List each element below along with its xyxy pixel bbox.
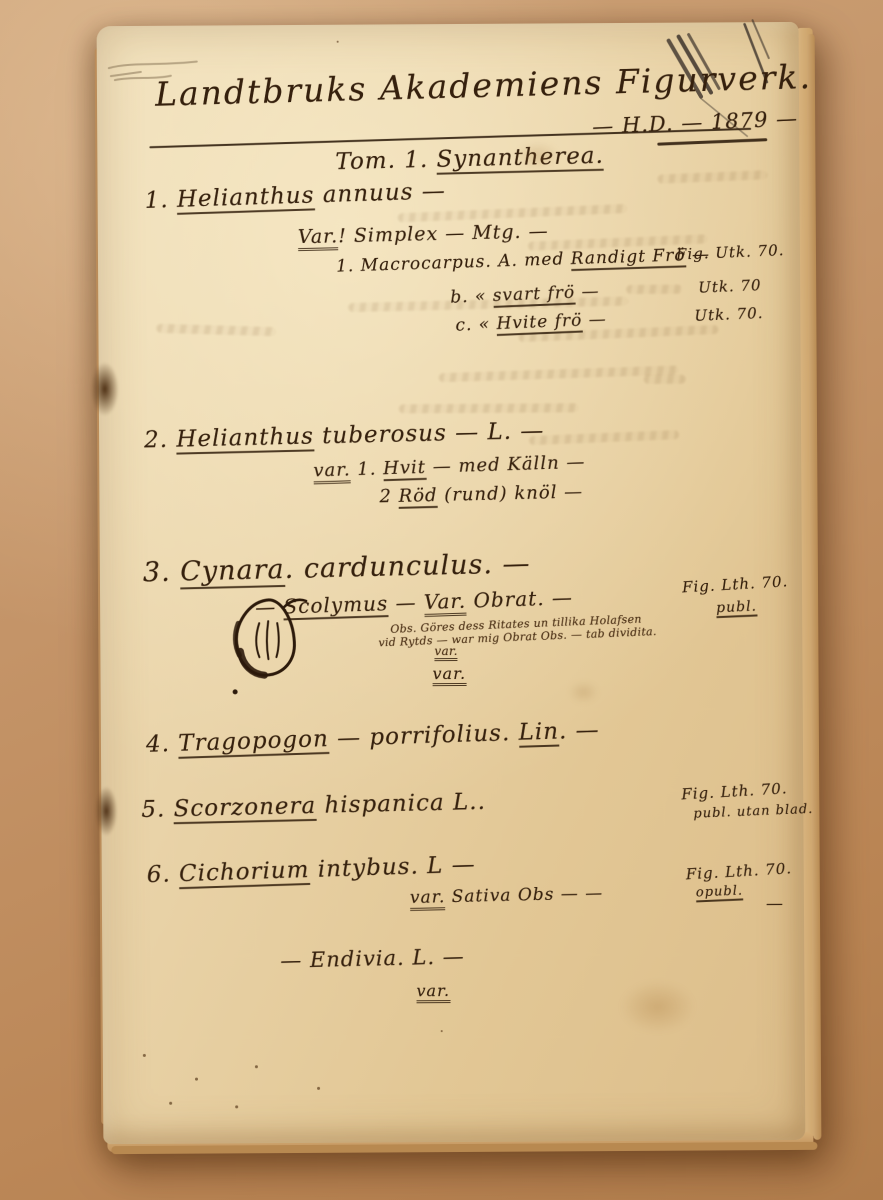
ink-blot-left-edge — [91, 362, 119, 416]
foxing-speck — [317, 1087, 320, 1090]
entry-1c-figure-note: Utk. 70. — [694, 304, 764, 325]
genus-name: Cynara — [180, 554, 285, 589]
seed-color-term: Randigt Frö — [570, 245, 686, 271]
var-text: ! Simplex — Mtg. — — [338, 220, 549, 247]
subentry-text: 1. Macrocarpus. A. med — [336, 249, 571, 277]
seed-color-term: svart frö — [492, 283, 575, 308]
bleed-through-line — [626, 285, 682, 294]
entry-6-publication-note: opubl. — [696, 883, 744, 900]
paper-stain — [569, 681, 599, 703]
foxing-speck — [169, 1102, 172, 1105]
ink-blot-left-edge — [95, 786, 117, 836]
var-label: var. — [432, 664, 466, 686]
figure-note: Fig. Lth. 70. — [681, 779, 788, 803]
publication-status: opubl. — [696, 883, 744, 902]
var-text: (rund) knöl — — [437, 481, 583, 505]
foxing-speck — [195, 1078, 198, 1081]
var-text: Sativa Obs — — — [445, 883, 603, 907]
entry-number: 2. — [144, 427, 177, 454]
foxing-speck — [255, 1065, 258, 1068]
entry-4-heading: 4. Tragopogon — porrifolius. Lin. — — [146, 717, 600, 758]
text: — — [388, 590, 424, 615]
entry-1-variety-line: Var.! Simplex — Mtg. — — [298, 220, 549, 248]
species-name: tuberosus — L. — — [314, 418, 545, 449]
ink-dot — [233, 689, 238, 694]
entry-5-publication-note: publ. utan blad. — [693, 802, 813, 822]
entry-3-figure-note: Fig. Lth. 70. — [682, 572, 789, 596]
bleed-through-line — [529, 430, 679, 445]
species-name: intybus. L — — [309, 852, 476, 883]
family-line: Tom. 1. Synantherea. — [335, 143, 604, 175]
publication-status: publ. utan blad. — [693, 802, 813, 822]
entry-1a-line: 1. Macrocarpus. A. med Randigt Frö — — [336, 245, 710, 277]
entry-2-variety-1-line: var. 1. Hvit — med Källn — — [313, 452, 586, 482]
var-label: var. — [416, 981, 450, 1003]
subentry-text: — — [582, 309, 607, 330]
figure-note: Fig. Lth. 70. — [682, 572, 789, 596]
entry-6-variety-line: var. Sativa Obs — — — [410, 883, 604, 908]
seed-color-term: Hvite frö — [496, 310, 583, 336]
figure-note: Fig. Lth. 70. — [685, 859, 792, 883]
entry-3-publication-note: publ. — [716, 598, 757, 616]
var-text: 1. — [350, 458, 383, 480]
endivia-text: — Endivia. L. — — [280, 944, 465, 972]
var-label: var. — [313, 459, 351, 484]
genus-name: Helianthus — [176, 423, 314, 454]
entry-2-heading: 2. Helianthus tuberosus — L. — — [144, 418, 545, 453]
species-name: . cardunculus. — — [284, 548, 531, 585]
endivia-line: — Endivia. L. — — [280, 944, 465, 972]
dash: — — [766, 894, 784, 914]
subentry-text: b. « — [450, 286, 493, 308]
entry-6-far-dash: — — [766, 894, 784, 914]
entry-number: 1. — [144, 187, 177, 214]
bleed-through-line — [657, 170, 767, 184]
figure-note: Utk. 70 — [698, 276, 762, 297]
subentry-text: c. « — [455, 314, 497, 336]
entry-5-figure-note: Fig. Lth. 70. — [681, 779, 788, 803]
genus-name: Cichorium — [179, 857, 310, 889]
bleed-through-line — [644, 375, 686, 384]
var-label: var. — [434, 644, 457, 661]
var-label: Var. — [424, 589, 467, 617]
foxing-speck — [143, 1054, 146, 1057]
var-text: 2 — [379, 486, 399, 507]
publication-status: publ. — [716, 598, 758, 618]
bleed-through-line — [399, 403, 579, 413]
text: Obrat. — — [466, 585, 574, 612]
paper-stain — [515, 141, 559, 169]
entry-2-variety-2-line: 2 Röd (rund) knöl — — [379, 481, 583, 507]
foxing-speck — [441, 1030, 443, 1032]
genus-name: Scorzonera — [173, 793, 316, 824]
authority-name: Lin — [518, 719, 559, 748]
paper-stain — [620, 981, 694, 1033]
figure-note: Utk. 70. — [694, 304, 764, 325]
family-prefix: Tom. 1. — [335, 147, 437, 175]
page-sheet: Landtbruks Akademiens Figurverk. — H.D. … — [97, 22, 806, 1144]
genus-name: Tragopogon — [178, 726, 329, 759]
entry-3-var-below: var. — [432, 664, 466, 683]
manuscript-booklet: Landtbruks Akademiens Figurverk. — H.D. … — [97, 20, 822, 1154]
entry-number: 3. — [143, 556, 181, 588]
var-label: Var. — [298, 225, 339, 251]
entry-number: 4. — [146, 731, 179, 758]
entry-1-heading: 1. Helianthus annuus — — [144, 178, 446, 214]
artichoke-sketch — [228, 593, 309, 685]
entry-6-heading: 6. Cichorium intybus. L — — [146, 852, 476, 889]
figure-note: Fig. Utk. 70. — [676, 241, 785, 263]
entry-1b-figure-note: Utk. 70 — [698, 276, 762, 297]
subentry-text: — — [575, 282, 600, 303]
bleed-through-line — [156, 324, 276, 336]
tuber-color-term: Hvit — [383, 457, 427, 481]
entry-5-heading: 5. Scorzonera hispanica L.. — [141, 789, 486, 823]
entry-3-heading: 3. Cynara. cardunculus. — — [143, 548, 531, 588]
entry-3-small-var: var. — [434, 644, 457, 658]
var-label: var. — [410, 887, 446, 911]
var-text: — med Källn — — [426, 452, 586, 478]
species-name: annuus — — [314, 178, 446, 208]
species-name: — porrifolius. — [328, 720, 519, 752]
entry-6-figure-note: Fig. Lth. 70. — [685, 859, 792, 883]
tuber-color-term: Röd — [398, 485, 437, 509]
bleed-through-line — [398, 204, 628, 222]
entry-number: 5. — [141, 796, 174, 823]
species-name: hispanica L.. — [316, 789, 486, 819]
foxing-speck — [235, 1105, 238, 1108]
text: . — — [559, 717, 600, 744]
entry-number: 6. — [146, 861, 179, 888]
foxing-speck — [337, 41, 339, 43]
endivia-var: var. — [416, 981, 450, 1000]
entry-1a-figure-note: Fig. Utk. 70. — [676, 241, 785, 263]
genus-name: Helianthus — [177, 182, 315, 214]
photo-background: { "page": { "title": "Landtbruks Akademi… — [0, 0, 883, 1200]
